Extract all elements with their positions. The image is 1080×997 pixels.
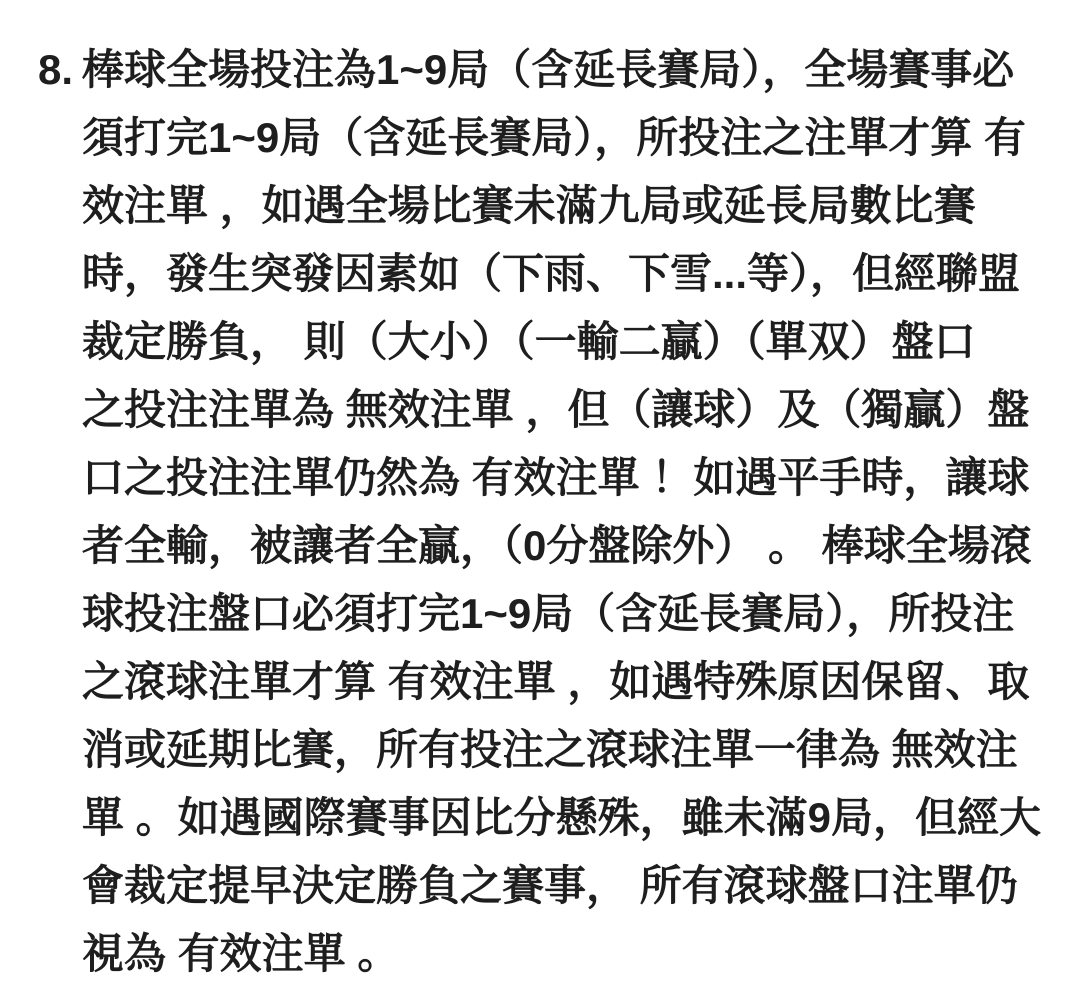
list-item-number: 8. — [38, 36, 82, 104]
text-line: 時，發生突發因素如（下雨、下雪...等），但經聯盟 — [82, 240, 1050, 308]
text-line: 球投注盤口必須打完1~9局（含延長賽局），所投注 — [82, 580, 1050, 648]
text-line: 棒球全場投注為1~9局（含延長賽局），全場賽事必 — [82, 36, 1050, 104]
terms-page: 8. 棒球全場投注為1~9局（含延長賽局），全場賽事必 須打完1~9局（含延長賽… — [0, 0, 1080, 997]
rule-item-8: 8. 棒球全場投注為1~9局（含延長賽局），全場賽事必 須打完1~9局（含延長賽… — [38, 36, 1050, 988]
text-line: 須打完1~9局（含延長賽局），所投注之注單才算 有 — [82, 104, 1050, 172]
text-line: 裁定勝負， 則（大小）（一輸二贏）（單双）盤口 — [82, 308, 1050, 376]
text-line: 之投注注單為 無效注單 ，但（讓球）及（獨贏）盤 — [82, 376, 1050, 444]
text-line: 單 。如遇國際賽事因比分懸殊，雖未滿9局，但經大 — [82, 784, 1050, 852]
text-line: 視為 有效注單 。 — [82, 920, 1050, 988]
text-line: 效注單 ，如遇全場比賽未滿九局或延長局數比賽 — [82, 172, 1050, 240]
text-line: 之滾球注單才算 有效注單 ，如遇特殊原因保留、取 — [82, 648, 1050, 716]
text-line: 消或延期比賽，所有投注之滾球注單一律為 無效注 — [82, 716, 1050, 784]
rule-text-block: 棒球全場投注為1~9局（含延長賽局），全場賽事必 須打完1~9局（含延長賽局），… — [82, 36, 1050, 988]
text-line: 會裁定提早決定勝負之賽事， 所有滾球盤口注單仍 — [82, 852, 1050, 920]
text-line: 口之投注注單仍然為 有效注單 ！如遇平手時，讓球 — [82, 444, 1050, 512]
text-line: 者全輸，被讓者全贏，（0分盤除外） 。 棒球全場滾 — [82, 512, 1050, 580]
